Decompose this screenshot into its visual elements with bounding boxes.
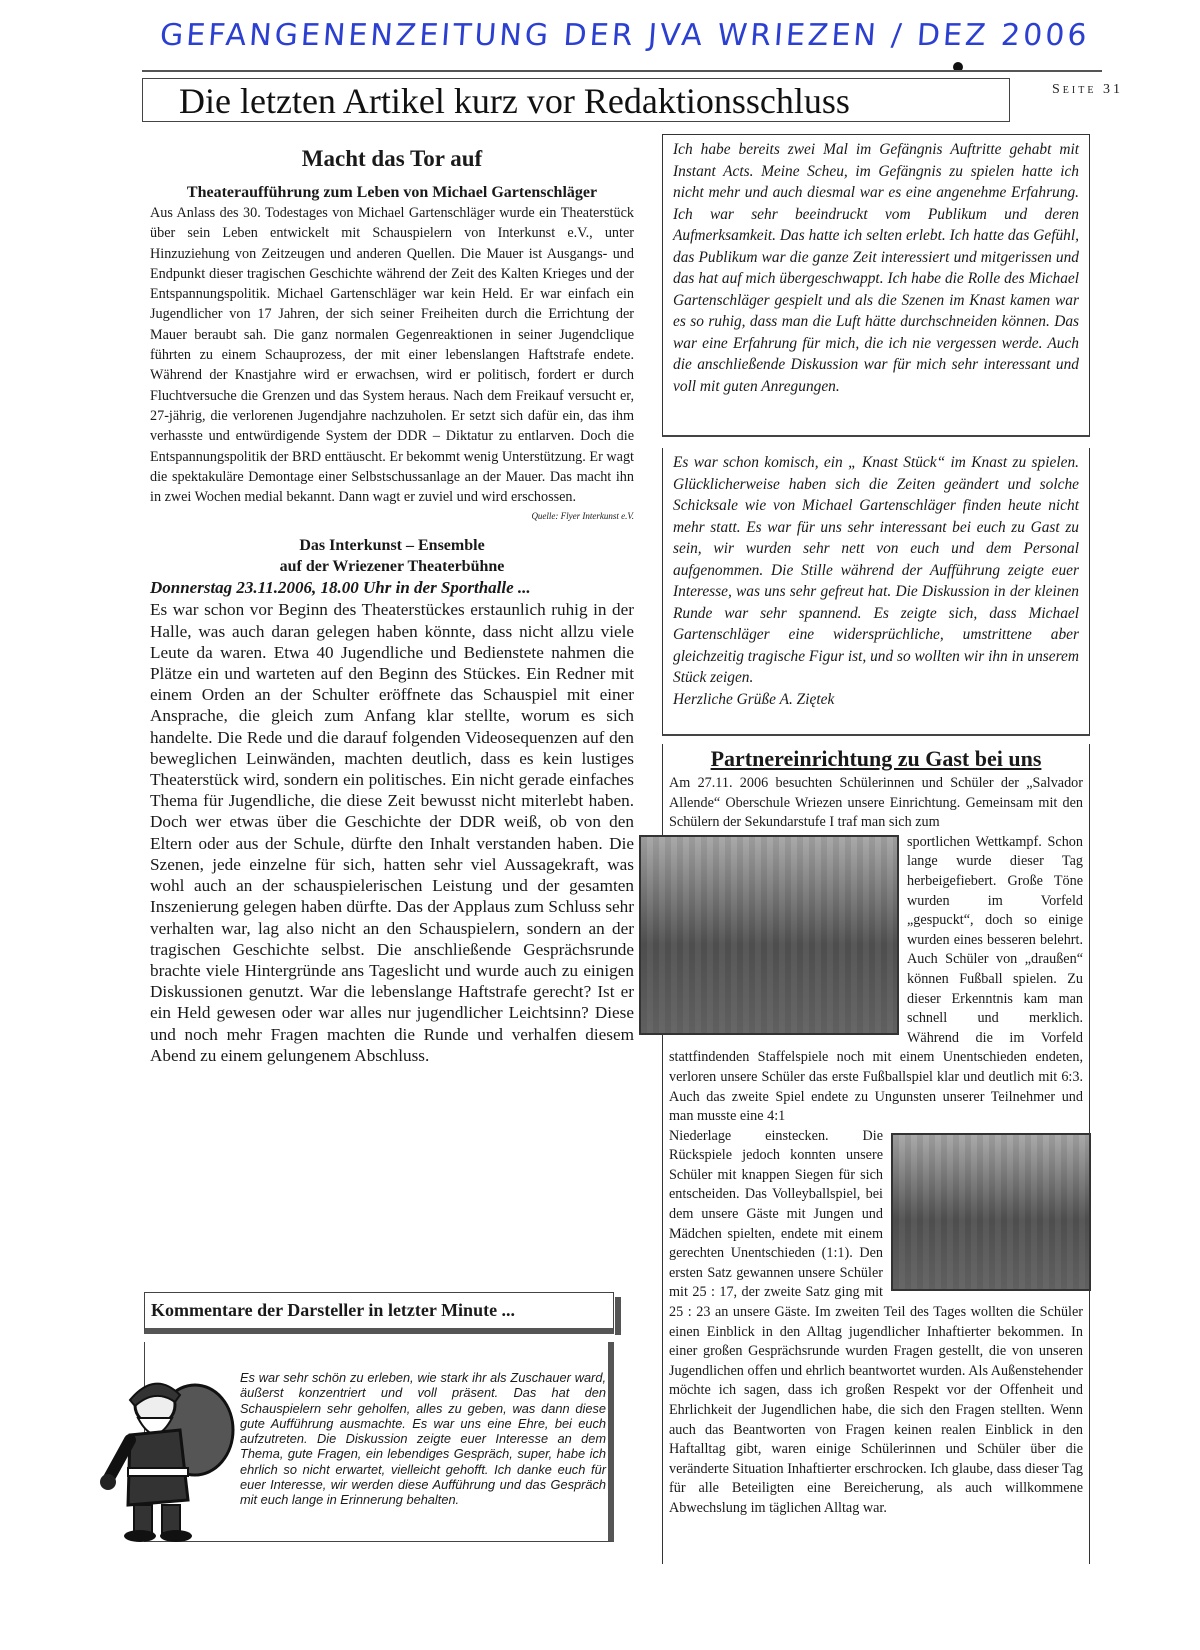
page-number: Seite 31	[1052, 82, 1123, 98]
ensemble-title-line2: auf der Wriezener Theaterbühne	[150, 556, 634, 577]
partner-title: Partnereinrichtung zu Gast bei uns	[663, 746, 1089, 772]
quote-box-1: Ich habe bereits zwei Mal im Gefängnis A…	[662, 134, 1090, 437]
ensemble-body: Es war schon vor Beginn des Theaterstück…	[150, 599, 634, 1065]
article-subtitle: Theateraufführung zum Leben von Michael …	[150, 182, 634, 203]
comments-body: Es war sehr schön zu erleben, wie stark …	[240, 1370, 606, 1508]
handwritten-annotation: GEFANGENENZEITUNG DER JVA WRIEZEN / DEZ …	[159, 18, 1161, 53]
comments-heading: Kommentare der Darsteller in letzter Min…	[144, 1292, 614, 1334]
partner-intro: Am 27.11. 2006 besuchten Schülerinnen un…	[669, 774, 1083, 833]
quote-box-2: Es war schon komisch, ein „ Knast Stück“…	[662, 448, 1090, 736]
quote-1-body: Ich habe bereits zwei Mal im Gefängnis A…	[673, 139, 1079, 397]
sports-hall-photo	[639, 835, 899, 1035]
santa-claus-icon	[100, 1370, 240, 1545]
article-source: Quelle: Flyer Interkunst e.V.	[531, 511, 634, 521]
partner-article: Partnereinrichtung zu Gast bei uns Am 27…	[662, 744, 1090, 1564]
ensemble-date: Donnerstag 23.11.2006, 18.00 Uhr in der …	[150, 577, 634, 599]
article-body: Aus Anlass des 30. Todestages von Michae…	[150, 203, 634, 507]
article-title: Macht das Tor auf	[150, 146, 634, 172]
left-column: Macht das Tor auf Theateraufführung zum …	[150, 140, 634, 1066]
quote-2-body: Es war schon komisch, ein „ Knast Stück“…	[673, 452, 1079, 689]
ensemble-title-line1: Das Interkunst – Ensemble	[150, 535, 634, 556]
quote-2-signature: Herzliche Grüße A. Ziętek	[673, 689, 1079, 711]
header-rule	[142, 70, 1102, 72]
discussion-photo	[891, 1133, 1091, 1291]
page-title: Die letzten Artikel kurz vor Redaktionss…	[142, 78, 1010, 122]
